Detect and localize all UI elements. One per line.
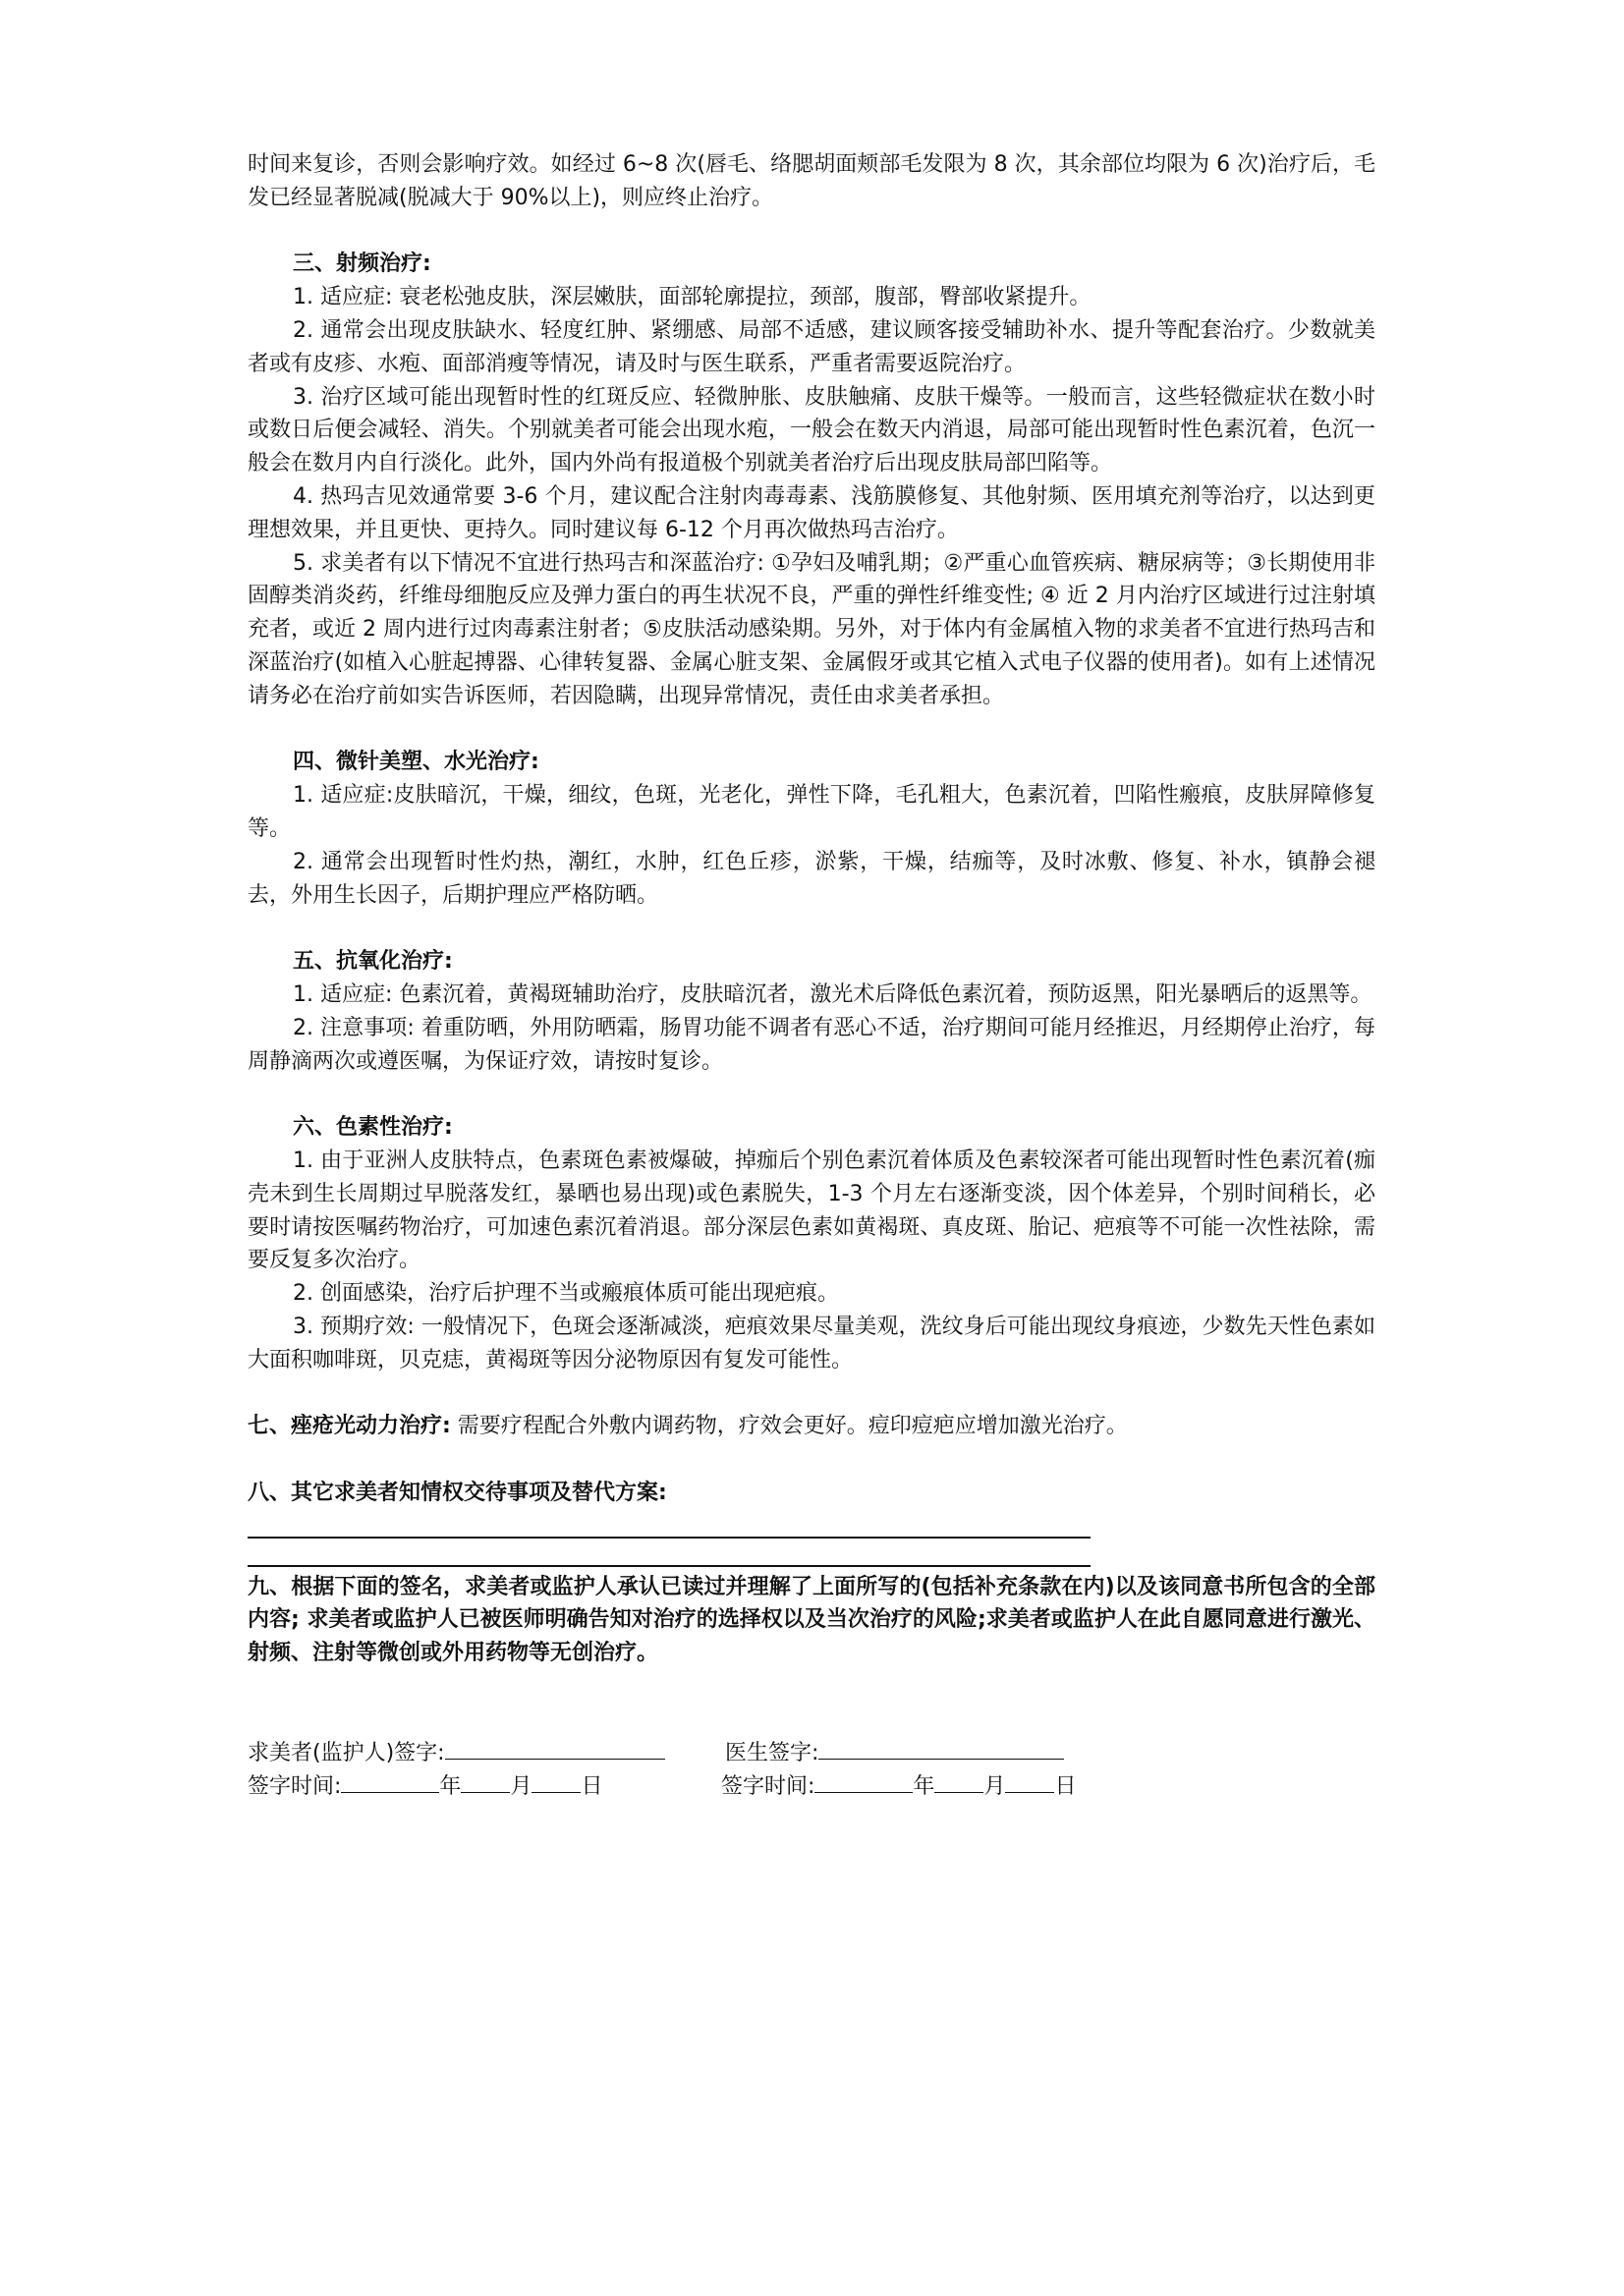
section-title: 三、射频治疗: — [248, 248, 1375, 281]
section-item: 2. 通常会出现暂时性灼热，潮红，水肿，红色丘疹，淤紫，干燥，结痂等，及时冰敷、… — [248, 846, 1375, 913]
month-label: 月 — [510, 1770, 532, 1804]
spacer — [248, 215, 1375, 249]
spacer — [248, 713, 1375, 747]
section-other-matters-title: 八、其它求美者知情权交待事项及替代方案: — [248, 1477, 1375, 1510]
doctor-date: 签字时间: 年 月 日 — [721, 1770, 1076, 1804]
patient-signature: 求美者(监护人)签字: — [248, 1737, 725, 1770]
year-label: 年 — [439, 1770, 461, 1804]
year-field[interactable] — [814, 1770, 913, 1793]
section-item: 1. 适应症: 衰老松弛皮肤，深层嫩肤，面部轮廓提拉，颈部，腹部，臀部收紧提升。 — [248, 281, 1375, 314]
section-item: 1. 适应症: 色素沉着，黄褐斑辅助治疗，皮肤暗沉者，激光术后降低色素沉着，预防… — [248, 979, 1375, 1012]
day-field[interactable] — [1005, 1770, 1054, 1793]
spacer — [248, 912, 1375, 945]
section-consent-statement: 九、根据下面的签名，求美者或监护人承认已读过并理解了上面所写的(包括补充条款在内… — [248, 1571, 1375, 1670]
section-title: 四、微针美塑、水光治疗: — [248, 746, 1375, 779]
spacer — [248, 1376, 1375, 1410]
consent-document: 时间来复诊，否则会影响疗效。如经过 6~8 次(唇毛、络腮胡面颊部毛发限为 8 … — [248, 148, 1375, 1804]
section-title: 六、色素性治疗: — [248, 1111, 1375, 1145]
year-field[interactable] — [341, 1770, 439, 1793]
section-item: 2. 注意事项: 着重防晒，外用防晒霜，肠胃功能不调者有恶心不适，治疗期间可能月… — [248, 1012, 1375, 1079]
date-label: 签字时间: — [248, 1770, 341, 1804]
section-item: 3. 预期疗效: 一般情况下，色斑会逐渐减淡，疤痕效果尽量美观，洗纹身后可能出现… — [248, 1311, 1375, 1377]
section-item: 2. 通常会出现皮肤缺水、轻度红肿、紧绷感、局部不适感，建议顾客接受辅助补水、提… — [248, 314, 1375, 381]
date-label: 签字时间: — [721, 1770, 814, 1804]
patient-signature-label: 求美者(监护人)签字: — [248, 1737, 445, 1770]
patient-date: 签字时间: 年 月 日 — [248, 1770, 721, 1804]
year-label: 年 — [913, 1770, 934, 1804]
date-row: 签字时间: 年 月 日 签字时间: 年 月 日 — [248, 1770, 1375, 1804]
section-item: 1. 适应症:皮肤暗沉，干燥，细纹，色斑，光老化，弹性下降，毛孔粗大，色素沉着，… — [248, 779, 1375, 846]
doctor-signature-field[interactable] — [818, 1737, 1064, 1760]
section-item: 2. 创面感染，治疗后护理不当或瘢痕体质可能出现疤痕。 — [248, 1277, 1375, 1311]
section-rf-treatment: 三、射频治疗: 1. 适应症: 衰老松弛皮肤，深层嫩肤，面部轮廓提拉，颈部，腹部… — [248, 248, 1375, 712]
day-field[interactable] — [532, 1770, 581, 1793]
day-label: 日 — [581, 1770, 602, 1804]
section-microneedle-treatment: 四、微针美塑、水光治疗: 1. 适应症:皮肤暗沉，干燥，细纹，色斑，光老化，弹性… — [248, 746, 1375, 912]
section-acne-pdt: 七、痤疮光动力治疗: 需要疗程配合外敷内调药物，疗效会更好。痘印痘疤应增加激光治… — [248, 1410, 1375, 1443]
spacer — [248, 1670, 1375, 1737]
section-pigment-treatment: 六、色素性治疗: 1. 由于亚洲人皮肤特点，色素斑色素被爆破，掉痂后个别色素沉着… — [248, 1111, 1375, 1376]
signature-row: 求美者(监护人)签字: 医生签字: — [248, 1737, 1375, 1770]
section-item: 1. 由于亚洲人皮肤特点，色素斑色素被爆破，掉痂后个别色素沉着体质及色素较深者可… — [248, 1145, 1375, 1277]
section-antioxidant-treatment: 五、抗氧化治疗: 1. 适应症: 色素沉着，黄褐斑辅助治疗，皮肤暗沉者，激光术后… — [248, 945, 1375, 1078]
section-text: 需要疗程配合外敷内调药物，疗效会更好。痘印痘疤应增加激光治疗。 — [451, 1414, 1128, 1438]
continuation-paragraph: 时间来复诊，否则会影响疗效。如经过 6~8 次(唇毛、络腮胡面颊部毛发限为 8 … — [248, 148, 1375, 215]
section-item: 5. 求美者有以下情况不宜进行热玛吉和深蓝治疗: ①孕妇及哺乳期；②严重心血管疾… — [248, 547, 1375, 713]
spacer — [248, 1510, 1375, 1537]
section-item: 4. 热玛吉见效通常要 3-6 个月，建议配合注射肉毒毒素、浅筋膜修复、其他射频… — [248, 480, 1375, 547]
month-field[interactable] — [934, 1770, 983, 1793]
section-item: 3. 治疗区域可能出现暂时性的红斑反应、轻微肿胀、皮肤触痛、皮肤干燥等。一般而言… — [248, 381, 1375, 480]
day-label: 日 — [1054, 1770, 1076, 1804]
section-title: 七、痤疮光动力治疗: — [248, 1414, 451, 1438]
month-field[interactable] — [461, 1770, 510, 1793]
spacer — [248, 1078, 1375, 1111]
month-label: 月 — [983, 1770, 1005, 1804]
patient-signature-field[interactable] — [445, 1737, 665, 1760]
spacer — [248, 1443, 1375, 1477]
spacer — [248, 1539, 1375, 1565]
doctor-signature-label: 医生签字: — [725, 1737, 818, 1770]
section-title: 五、抗氧化治疗: — [248, 945, 1375, 979]
doctor-signature: 医生签字: — [725, 1737, 1064, 1770]
